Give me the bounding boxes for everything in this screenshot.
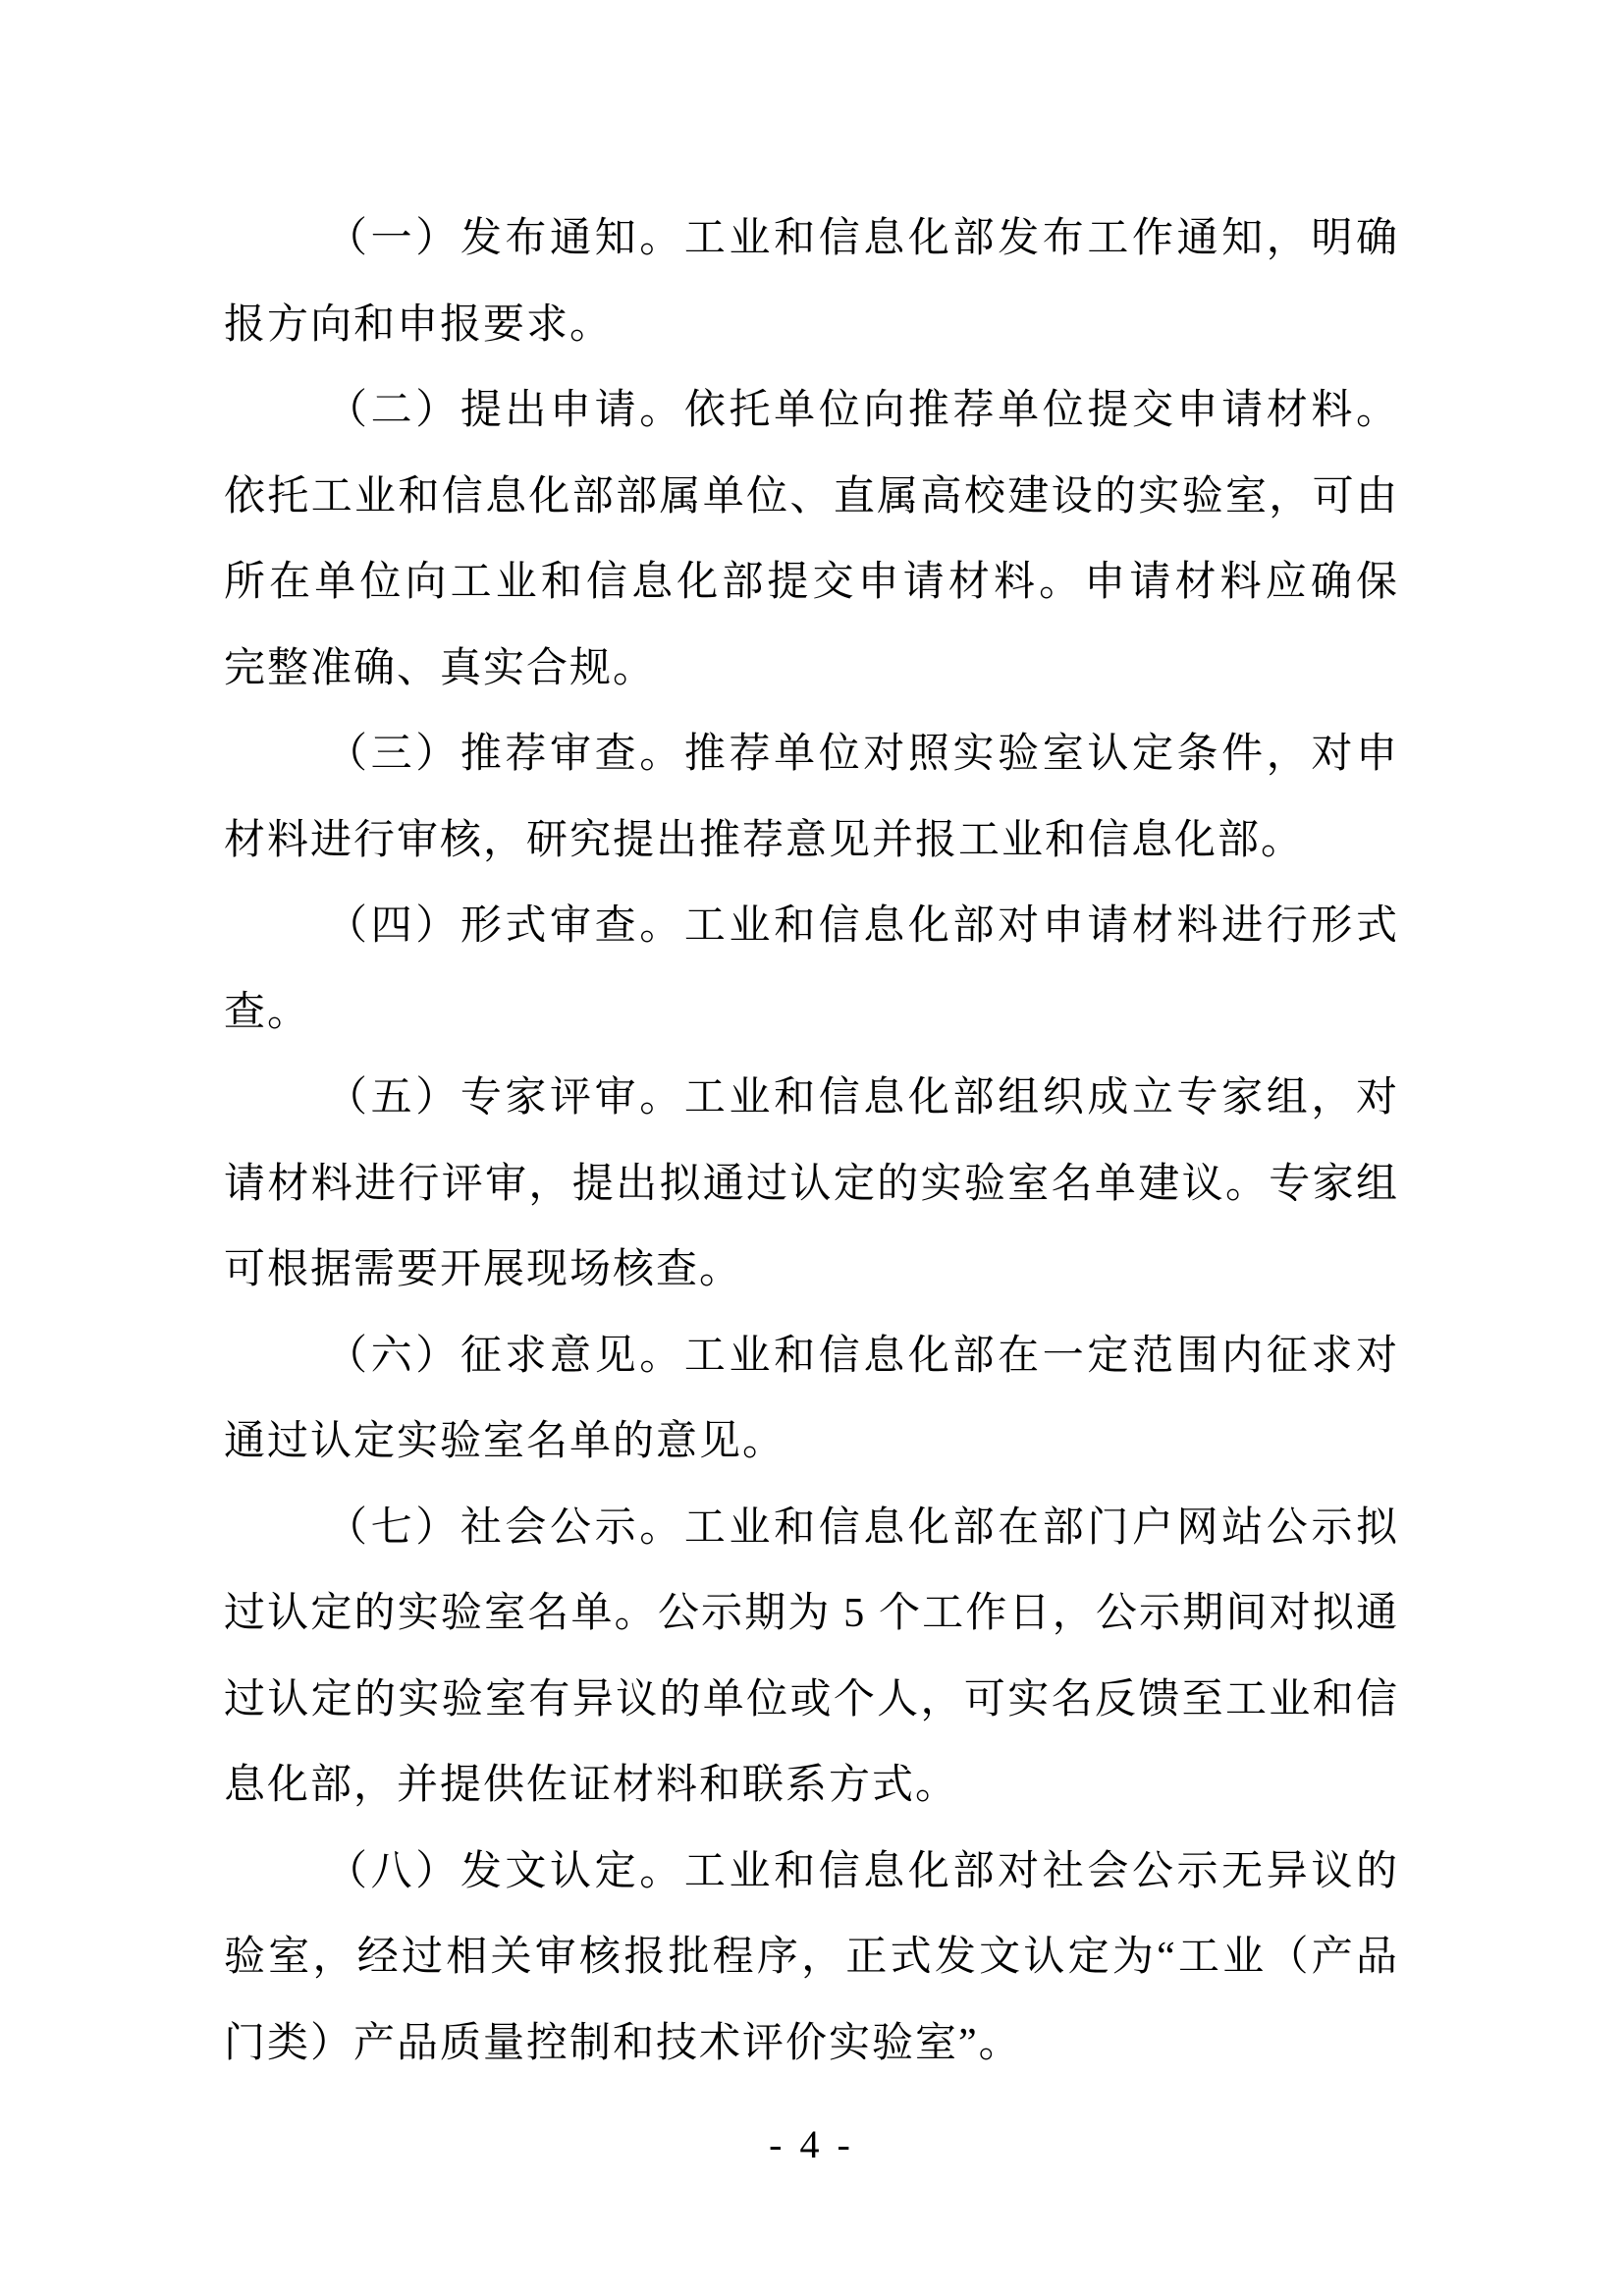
text-line: 过认定的实验室名单。公示期为 5 个工作日，公示期间对拟通 [224,1571,1399,1658]
text-line: 查。 [224,970,1399,1057]
text-line: 报方向和申报要求。 [224,283,1399,369]
text-line: 验室，经过相关审核报批程序，正式发文认定为“工业（产品 [224,1915,1399,2001]
page-number: - 4 - [0,2121,1623,2167]
document-page: （一）发布通知。工业和信息化部发布工作通知，明确申 报方向和申报要求。 （二）提… [0,0,1623,2296]
text-line: 材料进行审核，研究提出推荐意见并报工业和信息化部。 [224,798,1399,885]
text-line: 完整准确、真实合规。 [224,627,1399,713]
text-line: （四）形式审查。工业和信息化部对申请材料进行形式审 [224,884,1399,970]
text-line: 依托工业和信息化部部属单位、直属高校建设的实验室，可由 [224,455,1399,541]
text-line: （六）征求意见。工业和信息化部在一定范围内征求对拟 [224,1314,1399,1400]
text-line: 门类）产品质量控制和技术评价实验室”。 [224,2001,1399,2088]
text-line: （三）推荐审查。推荐单位对照实验室认定条件，对申请 [224,712,1399,798]
text-line: 所在单位向工业和信息化部提交申请材料。申请材料应确保 [224,540,1399,627]
text-line: 过认定的实验室有异议的单位或个人，可实名反馈至工业和信 [224,1658,1399,1744]
text-line: （五）专家评审。工业和信息化部组织成立专家组，对申 [224,1056,1399,1142]
document-body: （一）发布通知。工业和信息化部发布工作通知，明确申 报方向和申报要求。 （二）提… [224,196,1399,2087]
text-line: 可根据需要开展现场核查。 [224,1228,1399,1314]
text-line: （八）发文认定。工业和信息化部对社会公示无异议的实 [224,1830,1399,1916]
text-line: （一）发布通知。工业和信息化部发布工作通知，明确申 [224,196,1399,283]
text-line: （七）社会公示。工业和信息化部在部门户网站公示拟通 [224,1486,1399,1572]
text-line: 请材料进行评审，提出拟通过认定的实验室名单建议。专家组 [224,1142,1399,1229]
text-line: 通过认定实验室名单的意见。 [224,1399,1399,1486]
text-line: （二）提出申请。依托单位向推荐单位提交申请材料。 [224,368,1399,455]
text-line: 息化部，并提供佐证材料和联系方式。 [224,1743,1399,1830]
